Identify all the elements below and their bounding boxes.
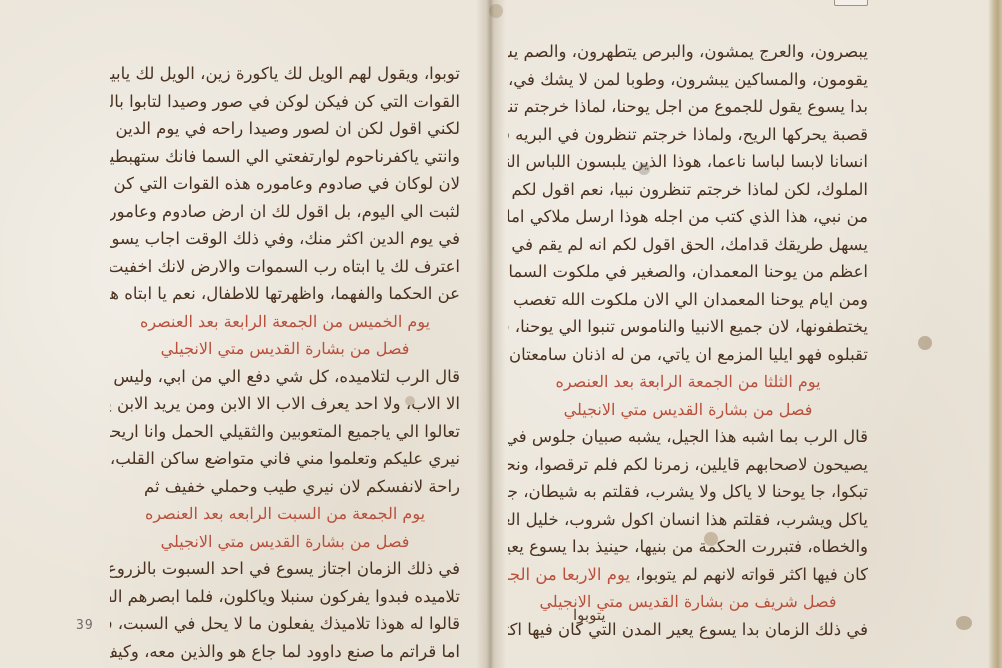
text-line: نيري عليكم وتعلموا مني فاني متواضع ساكن … [110, 445, 460, 473]
rubric-heading: يوم الخميس من الجمعة الرابعة بعد العنصره [110, 308, 460, 336]
text-line: من نبي، هذا الذي كتب من اجله هوذا ارسل م… [508, 203, 868, 231]
text-line: تلاميده فبدوا يفركون سنبلا وياكلون، فلما… [110, 583, 460, 611]
ink-stain [918, 336, 932, 350]
right-page: يبصرون، والعرج يمشون، والبرص يتطهرون، وا… [488, 0, 1002, 668]
rubric-subheading: فصل من بشارة القديس متي الانجيلي [508, 396, 868, 424]
text-line: قصبة يحركها الريح، ولماذا خرجتم تنظرون ف… [508, 121, 868, 149]
ink-stain [956, 616, 972, 630]
ink-stain [405, 396, 415, 406]
text-line: قالوا له هوذا تلاميذك يفعلون ما لا يحل ف… [110, 610, 460, 638]
rubric-subheading: فصل شريف من بشارة القديس متي الانجيلي [508, 588, 868, 616]
text-line: انسانا لابسا لباسا ناعما، هوذا الذين يلب… [508, 148, 868, 176]
catchword: يتوبوا [573, 606, 606, 624]
text-line: تبكوا، جا يوحنا لا ياكل ولا يشرب، فقلتم … [508, 478, 868, 506]
inline-rubric: يوم الاربعا من الجمعة الرابعه بعد العنصر… [508, 565, 630, 584]
text-line: الملوك، لكن لماذا خرجتم تنظرون نبيا، نعم… [508, 176, 868, 204]
ink-stain [704, 532, 718, 546]
rubric-heading: يوم الثلثا من الجمعة الرابعة بعد العنصره [508, 368, 868, 396]
rubric-heading: يوم الجمعة من السبت الرابعه بعد العنصره [110, 500, 460, 528]
left-page: توبوا، ويقول لهم الويل لك ياكورة زين، ال… [0, 0, 488, 668]
text-line: بدا يسوع يقول للجموع من اجل يوحنا، لماذا… [508, 93, 868, 121]
text-line: في يوم الدين اكثر منك، وفي ذلك الوقت اجا… [110, 225, 460, 253]
text-line: عن الحكما والفهما، واظهرتها للاطفال، نعم… [110, 280, 460, 308]
rubric-subheading: فصل من بشارة القديس متي الانجيلي [110, 335, 460, 363]
text-line: ياكل ويشرب، فقلتم هذا انسان اكول شروب، خ… [508, 506, 868, 534]
text-line: لثبت الي اليوم، بل اقول لك ان ارض صادوم … [110, 198, 460, 226]
text-line: ومن ايام يوحنا المعمدان الي الان ملكوت ا… [508, 286, 868, 314]
text-line: اعترف لك يا ابتاه رب السموات والارض لانك… [110, 253, 460, 281]
text-line: يقومون، والمساكين يبشرون، وطوبا لمن لا ي… [508, 66, 868, 94]
text-line-with-rubric: كان فيها اكثر قواته لانهم لم يتوبوا، يوم… [508, 561, 868, 589]
text-line: في ذلك الزمان اجتاز يسوع في احد السبوت ب… [110, 555, 460, 583]
text-line: لكني اقول لكن ان لصور وصيدا راحه في يوم … [110, 115, 460, 143]
page-edge [988, 0, 1002, 668]
manuscript-spread: توبوا، ويقول لهم الويل لك ياكورة زين، ال… [0, 0, 1002, 668]
text-line: في ذلك الزمان بدا يسوع يعير المدن التي ك… [508, 616, 868, 644]
folio-number: 39 [76, 618, 94, 633]
rubric-subheading: فصل من بشارة القديس متي الانجيلي [110, 528, 460, 556]
text-line: تعالوا الي ياجميع المتعوبين والثقيلي الح… [110, 418, 460, 446]
text-line: توبوا، ويقول لهم الويل لك ياكورة زين، ال… [110, 60, 460, 88]
text-line: تقبلوه فهو ايليا المزمع ان ياتي، من له ا… [508, 341, 868, 369]
text-line: قال الرب لتلاميده، كل شي دفع الي من ابي،… [110, 363, 460, 391]
text-line: يبصرون، والعرج يمشون، والبرص يتطهرون، وا… [508, 38, 868, 66]
text-line: لان لوكان في صادوم وعاموره هذه القوات ال… [110, 170, 460, 198]
text-line: يختطفونها، لان جميع الانبيا والناموس تنب… [508, 313, 868, 341]
text-line: اما قراتم ما صنع داوود لما جاع هو والذين… [110, 638, 460, 666]
text-line: يسهل طريقك قدامك، الحق اقول لكم انه لم ي… [508, 231, 868, 259]
text-line: والخطاه، فتبررت الحكمة من بنيها، حينيذ ب… [508, 533, 868, 561]
page-tab-marker [834, 0, 868, 6]
text-line: قال الرب بما اشبه هذا الجيل، يشبه صبيان … [508, 423, 868, 451]
right-text-block: يبصرون، والعرج يمشون، والبرص يتطهرون، وا… [508, 38, 868, 643]
ink-stain [638, 163, 650, 175]
text-line: وانتي ياكفرناحوم لوارتفعتي الي السما فان… [110, 143, 460, 171]
text-line: يصيحون لاصحابهم قايلين، زمرنا لكم فلم تر… [508, 451, 868, 479]
book-gutter [476, 0, 506, 668]
text-line: اعظم من يوحنا المعمدان، والصغير في ملكوت… [508, 258, 868, 286]
text-segment: كان فيها اكثر قواته لانهم لم يتوبوا، [635, 565, 868, 584]
left-text-block: توبوا، ويقول لهم الويل لك ياكورة زين، ال… [110, 60, 460, 665]
text-line: القوات التي كن فيكن لوكن في صور وصيدا لت… [110, 88, 460, 116]
text-line: راحة لانفسكم لان نيري طيب وحملي خفيف ثم [110, 473, 460, 501]
